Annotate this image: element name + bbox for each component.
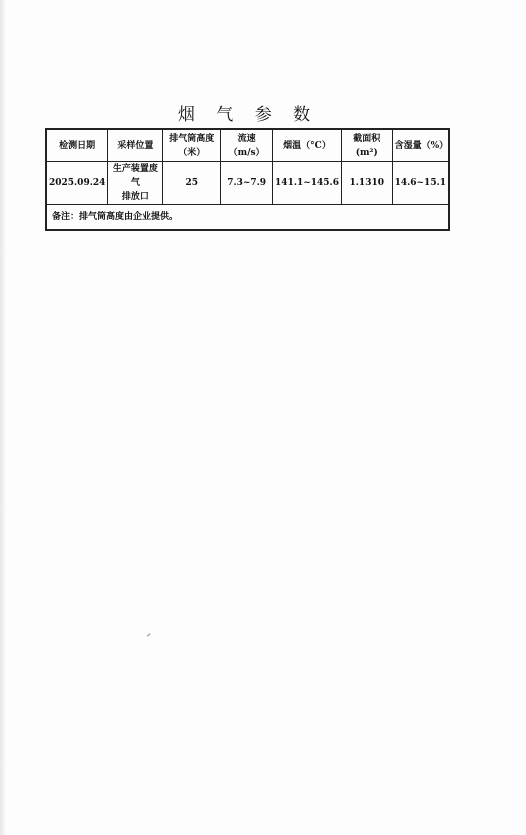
cell-location-line1: 生产装置废气 <box>110 162 160 190</box>
header-section-area: 截面积(m²) <box>341 129 392 162</box>
cell-section-area: 1.1310 <box>341 162 392 205</box>
table-note: 备注：排气筒高度由企业提供。 <box>46 205 449 231</box>
header-flow-speed: 流速（m/s） <box>221 129 273 162</box>
cell-sampling-location: 生产装置废气 排放口 <box>108 162 163 205</box>
cell-flow-speed: 7.3~7.9 <box>221 162 273 205</box>
flue-gas-parameters-table: 检测日期 采样位置 排气筒高度 （米） 流速（m/s） 烟温（°C） 截面积(m… <box>45 128 450 231</box>
page-title: 烟 气 参 数 <box>0 100 496 125</box>
cell-flue-temperature: 141.1~145.6 <box>273 162 342 205</box>
cell-moisture-content: 14.6~15.1 <box>392 162 449 205</box>
cell-test-date: 2025.09.24 <box>46 162 108 205</box>
scan-edge-shadow <box>0 0 6 835</box>
table-header-row: 检测日期 采样位置 排气筒高度 （米） 流速（m/s） 烟温（°C） 截面积(m… <box>46 129 449 162</box>
header-stack-height-line1: 排气筒高度 <box>165 132 218 146</box>
document-page: 烟 气 参 数 检测日期 采样位置 排气筒高度 （米） 流速（m/s） 烟温（°… <box>0 0 526 835</box>
cell-stack-height: 25 <box>163 162 221 205</box>
header-stack-height-line2: （米） <box>165 146 218 160</box>
header-test-date: 检测日期 <box>46 129 108 162</box>
header-moisture-content: 含湿量（%） <box>392 129 449 162</box>
scan-speck <box>147 633 153 639</box>
header-flue-temperature: 烟温（°C） <box>273 129 342 162</box>
table-note-row: 备注：排气筒高度由企业提供。 <box>46 205 449 231</box>
header-stack-height: 排气筒高度 （米） <box>163 129 221 162</box>
cell-location-line2: 排放口 <box>110 190 160 204</box>
header-sampling-location: 采样位置 <box>108 129 163 162</box>
table-row: 2025.09.24 生产装置废气 排放口 25 7.3~7.9 141.1~1… <box>46 162 449 205</box>
